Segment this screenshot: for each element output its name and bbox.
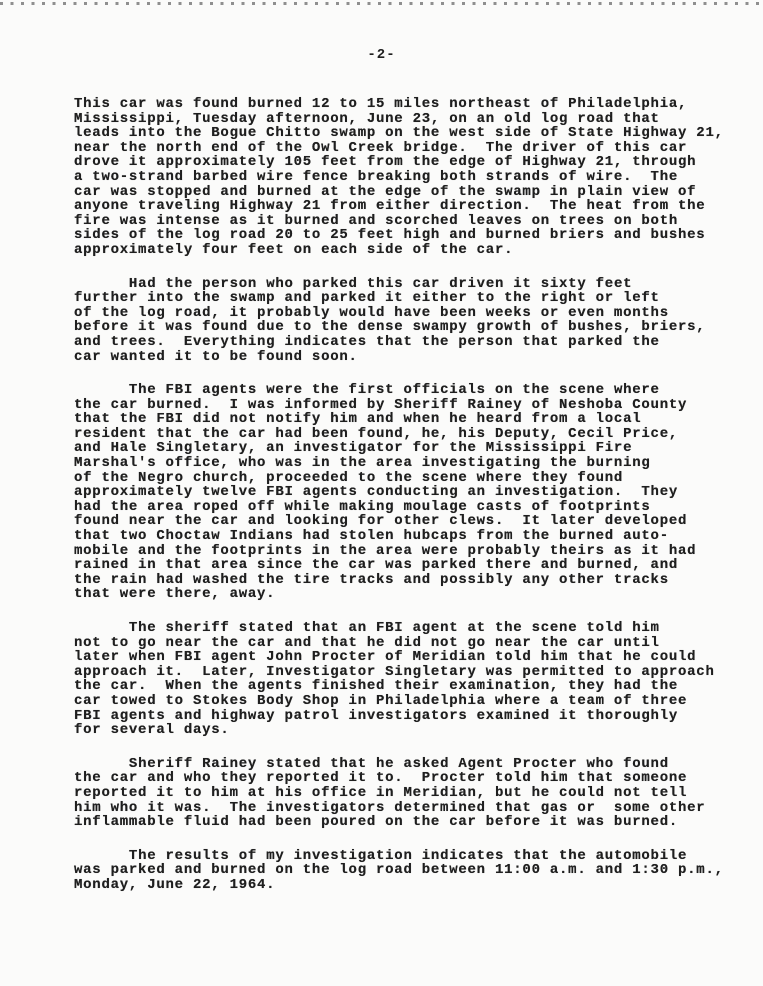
paragraph-had-person-parked: Had the person who parked this car drive… <box>74 277 746 365</box>
paragraph-investigation-results: The results of my investigation indicate… <box>74 849 746 893</box>
page-number: -2- <box>0 47 763 63</box>
document-page: -2- This car was found burned 12 to 15 m… <box>0 0 763 986</box>
paragraph-fbi-agents-first: The FBI agents were the first officials … <box>74 383 746 602</box>
document-body: This car was found burned 12 to 15 miles… <box>74 97 746 912</box>
scan-edge-dots <box>0 2 763 5</box>
paragraph-car-found: This car was found burned 12 to 15 miles… <box>74 97 746 258</box>
paragraph-sheriff-rainey-asked: Sheriff Rainey stated that he asked Agen… <box>74 757 746 830</box>
paragraph-sheriff-stated: The sheriff stated that an FBI agent at … <box>74 621 746 738</box>
